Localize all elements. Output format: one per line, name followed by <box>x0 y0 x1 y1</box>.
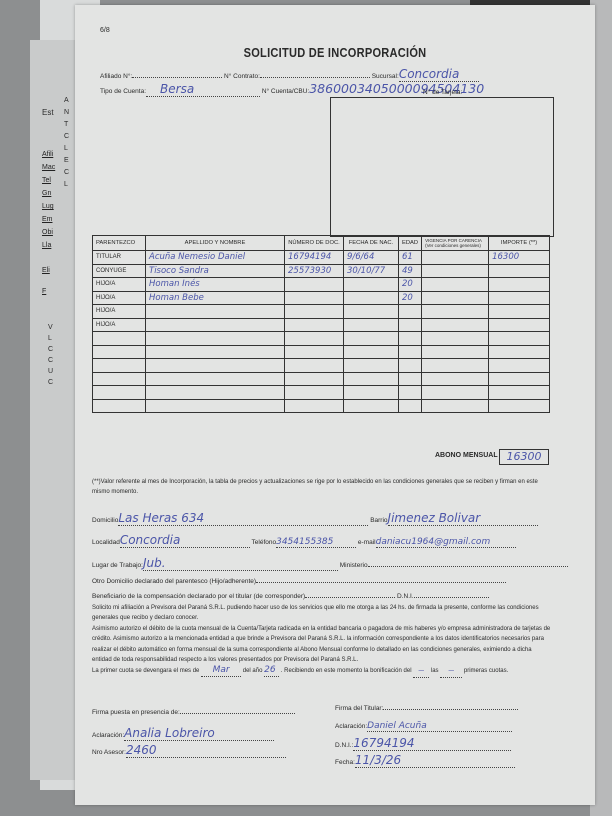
cell-fecha[interactable] <box>344 291 399 305</box>
cell-importe[interactable] <box>489 372 550 386</box>
cell-edad[interactable] <box>399 386 422 400</box>
cell-importe[interactable] <box>489 359 550 373</box>
asesor-field[interactable]: 2460 <box>126 743 286 758</box>
titular-firma-row: Firma del Titular: <box>335 705 518 712</box>
table-row: HIJO/AHoman Inés20 <box>93 278 550 292</box>
cell-vigencia[interactable] <box>422 305 489 319</box>
cell-edad[interactable] <box>399 332 422 346</box>
cell-doc[interactable] <box>285 399 344 413</box>
aclaracion-field[interactable]: Analia Lobreiro <box>124 726 274 741</box>
afiliado-field[interactable] <box>132 77 222 78</box>
table-row: TITULARAcuña Nemesio Daniel167941949/6/6… <box>93 251 550 265</box>
family-table: PARENTEZCO APELLIDO Y NOMBRE NÚMERO DE D… <box>92 235 550 413</box>
cell-doc[interactable] <box>285 291 344 305</box>
cuotas-field[interactable]: — <box>440 666 462 677</box>
cell-parentezco[interactable]: HIJO/A <box>93 278 146 292</box>
cell-nombre[interactable]: Homan Inés <box>146 278 285 292</box>
cell-vigencia[interactable] <box>422 372 489 386</box>
titular-signature[interactable] <box>383 709 518 710</box>
cell-doc[interactable] <box>285 372 344 386</box>
cuota-anio-field[interactable]: 26 <box>264 665 279 676</box>
cell-parentezco[interactable] <box>93 359 146 373</box>
table-row: HIJO/AHoman Bebe20 <box>93 291 550 305</box>
side-tabs-2: ANT CLE CL <box>64 95 74 191</box>
table-row: HIJO/A <box>93 318 550 332</box>
cell-importe[interactable] <box>489 332 550 346</box>
cell-importe[interactable] <box>489 318 550 332</box>
cell-fecha[interactable]: 30/10/77 <box>344 264 399 278</box>
cell-parentezco[interactable] <box>93 386 146 400</box>
cell-edad[interactable]: 20 <box>399 291 422 305</box>
abono-label: ABONO MENSUAL <box>435 452 498 459</box>
cell-doc[interactable]: 16794194 <box>285 251 344 265</box>
form-page: 6/8 SOLICITUD DE INCORPORACIÓN Afiliado … <box>75 5 595 805</box>
fecha-field[interactable]: 11/3/26 <box>355 753 515 768</box>
table-row <box>93 345 550 359</box>
contrato-field[interactable] <box>260 77 370 78</box>
cell-parentezco[interactable] <box>93 332 146 346</box>
table-row <box>93 372 550 386</box>
cell-nombre[interactable] <box>146 372 285 386</box>
aclaracion-row: Aclaración:Analia Lobreiro <box>92 726 274 741</box>
cell-vigencia[interactable] <box>422 278 489 292</box>
header-row-1: Afiliado N°: N° Contrato: Sucursal:Conco… <box>100 67 479 82</box>
cell-doc[interactable] <box>285 332 344 346</box>
table-row <box>93 359 550 373</box>
cell-nombre[interactable] <box>146 332 285 346</box>
cell-vigencia[interactable] <box>422 264 489 278</box>
cell-parentezco[interactable] <box>93 372 146 386</box>
price-note: (**)Valor referente al mes de Incorporac… <box>92 477 552 497</box>
cell-nombre[interactable]: Acuña Nemesio Daniel <box>146 251 285 265</box>
cell-vigencia[interactable] <box>422 359 489 373</box>
cell-parentezco[interactable] <box>93 345 146 359</box>
cell-doc[interactable] <box>285 318 344 332</box>
dni-field[interactable]: 16794194 <box>353 736 511 751</box>
ministerio-field[interactable] <box>368 566 568 567</box>
cell-parentezco[interactable] <box>93 399 146 413</box>
authorization-text: Solicito mi afiliación a Previsora del P… <box>92 603 552 678</box>
cell-vigencia[interactable] <box>422 386 489 400</box>
cell-nombre[interactable] <box>146 318 285 332</box>
cell-importe[interactable] <box>489 278 550 292</box>
cell-vigencia[interactable] <box>422 251 489 265</box>
cell-importe[interactable] <box>489 264 550 278</box>
table-row <box>93 386 550 400</box>
cell-doc[interactable] <box>285 278 344 292</box>
cell-edad[interactable]: 61 <box>399 251 422 265</box>
otro-domicilio-row: Otro Domicilio declarado del parentesco … <box>92 578 506 585</box>
cell-vigencia[interactable] <box>422 345 489 359</box>
cell-nombre[interactable] <box>146 345 285 359</box>
cell-edad[interactable] <box>399 318 422 332</box>
table-row: CONYUGETisoco Sandra2557393030/10/7749 <box>93 264 550 278</box>
table-row: HIJO/A <box>93 305 550 319</box>
dni-row: D.N.I.:16794194 <box>335 736 511 751</box>
beneficiario-field[interactable] <box>305 597 395 598</box>
cell-vigencia[interactable] <box>422 399 489 413</box>
presencia-signature[interactable] <box>180 713 295 714</box>
cell-vigencia[interactable] <box>422 332 489 346</box>
cell-fecha[interactable] <box>344 345 399 359</box>
side-tabs-3: VLC CUC <box>48 322 58 388</box>
cell-edad[interactable]: 49 <box>399 264 422 278</box>
cell-nombre[interactable]: Homan Bebe <box>146 291 285 305</box>
cell-importe[interactable] <box>489 291 550 305</box>
table-row <box>93 399 550 413</box>
beneficiario-dni-field[interactable] <box>414 597 489 598</box>
titular-aclaracion-row: Aclaración:Daniel Acuña <box>335 721 512 732</box>
cell-fecha[interactable] <box>344 332 399 346</box>
asesor-row: Nro Asesor:2460 <box>92 743 286 758</box>
cell-nombre[interactable] <box>146 399 285 413</box>
cell-fecha[interactable] <box>344 278 399 292</box>
trabajo-row: Lugar de Trabajo:Jub. Ministerio <box>92 556 568 571</box>
cell-doc[interactable]: 25573930 <box>285 264 344 278</box>
photo-box <box>330 97 554 237</box>
domicilio-field[interactable]: Las Heras 634 <box>118 511 368 526</box>
cuota-mes-field[interactable]: Mar <box>201 665 241 676</box>
cell-fecha[interactable] <box>344 386 399 400</box>
cell-edad[interactable] <box>399 399 422 413</box>
tarjeta-label: N° de Tarjeta: <box>423 89 462 96</box>
cell-nombre[interactable] <box>146 305 285 319</box>
cell-fecha[interactable] <box>344 372 399 386</box>
sucursal-field[interactable]: Concordia <box>399 67 479 82</box>
otro-domicilio-field[interactable] <box>256 582 506 583</box>
cell-doc[interactable] <box>285 359 344 373</box>
cell-fecha[interactable] <box>344 318 399 332</box>
cell-doc[interactable] <box>285 386 344 400</box>
cell-importe[interactable] <box>489 345 550 359</box>
bonificacion-field[interactable]: — <box>413 666 429 677</box>
cell-edad[interactable]: 20 <box>399 278 422 292</box>
cell-fecha[interactable] <box>344 305 399 319</box>
beneficiario-row: Beneficiario de la compensación declarad… <box>92 593 489 600</box>
cell-parentezco[interactable]: TITULAR <box>93 251 146 265</box>
localidad-row: LocalidadConcordia Teléfono3454155385 e-… <box>92 533 516 548</box>
cell-doc[interactable] <box>285 345 344 359</box>
trabajo-field[interactable]: Jub. <box>143 556 338 571</box>
cell-parentezco[interactable]: CONYUGE <box>93 264 146 278</box>
cell-parentezco[interactable]: HIJO/A <box>93 291 146 305</box>
page-number: 6/8 <box>100 27 110 34</box>
table-header: PARENTEZCO APELLIDO Y NOMBRE NÚMERO DE D… <box>93 236 550 251</box>
domicilio-row: DomicilioLas Heras 634 BarrioJimenez Bol… <box>92 511 538 526</box>
cuota-line: La primer cuota se devengara el mes de M… <box>92 665 552 677</box>
cell-edad[interactable] <box>399 372 422 386</box>
barrio-field[interactable]: Jimenez Bolivar <box>388 511 538 526</box>
titular-aclaracion-field[interactable]: Daniel Acuña <box>367 721 512 732</box>
localidad-field[interactable]: Concordia <box>120 533 250 548</box>
telefono-field[interactable]: 3454155385 <box>276 537 356 548</box>
cell-vigencia[interactable] <box>422 291 489 305</box>
cell-importe[interactable] <box>489 305 550 319</box>
cell-fecha[interactable]: 9/6/64 <box>344 251 399 265</box>
cell-edad[interactable] <box>399 345 422 359</box>
cell-nombre[interactable] <box>146 359 285 373</box>
email-field[interactable]: daniacu1964@gmail.com <box>376 537 516 548</box>
fecha-row: Fecha:11/3/26 <box>335 753 515 768</box>
page-title: SOLICITUD DE INCORPORACIÓN <box>114 45 556 60</box>
cell-parentezco[interactable]: HIJO/A <box>93 305 146 319</box>
cell-fecha[interactable] <box>344 399 399 413</box>
tipo-cuenta-field[interactable]: Bersa <box>146 82 260 97</box>
cell-importe[interactable]: 16300 <box>489 251 550 265</box>
cell-nombre[interactable] <box>146 386 285 400</box>
cell-importe[interactable] <box>489 399 550 413</box>
table-row <box>93 332 550 346</box>
cell-nombre[interactable]: Tisoco Sandra <box>146 264 285 278</box>
cell-vigencia[interactable] <box>422 318 489 332</box>
cell-fecha[interactable] <box>344 359 399 373</box>
cell-doc[interactable] <box>285 305 344 319</box>
cell-parentezco[interactable]: HIJO/A <box>93 318 146 332</box>
presencia-row: Firma puesta en presencia de: <box>92 709 295 716</box>
side-label-est: Est <box>42 108 54 117</box>
cell-importe[interactable] <box>489 386 550 400</box>
cell-edad[interactable] <box>399 359 422 373</box>
cell-edad[interactable] <box>399 305 422 319</box>
abono-value[interactable]: 16300 <box>499 449 549 465</box>
